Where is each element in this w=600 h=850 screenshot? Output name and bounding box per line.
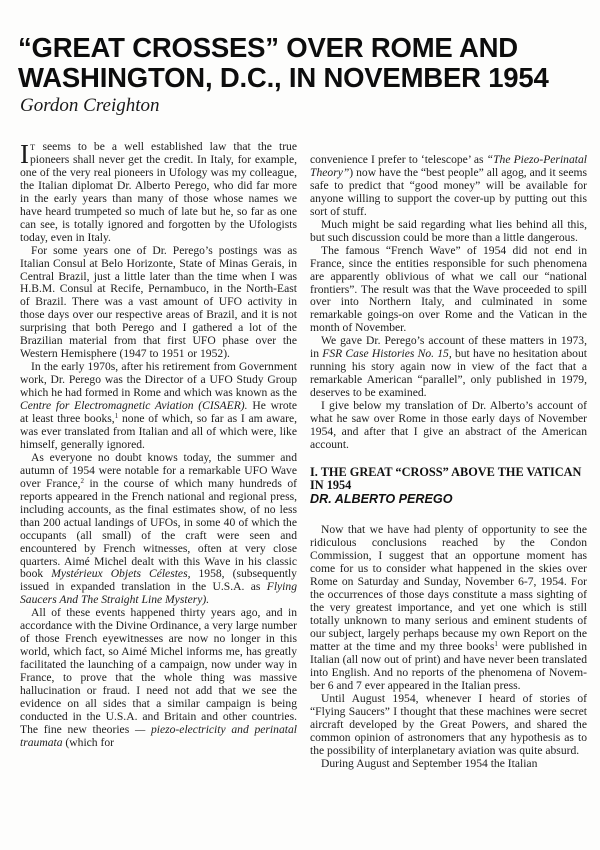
section-author: DR. ALBERTO PEREGO [310,493,587,507]
title-line-2: WASHINGTON, D.C., IN NOVEMBER 1954 [18,62,549,93]
italic-text: Mystérieux Objets Célestes, [51,567,190,580]
italic-text: Centre for Electromagnetic Aviation (CIS… [20,399,248,412]
article-title: “GREAT CROSSES” OVER ROME AND WASHINGTON… [18,33,593,93]
paragraph: For some years one of Dr. Perego’s posti… [20,245,297,362]
paragraph: During August and September 1954 the Ita… [310,758,587,771]
paragraph: Much might be said regarding what lies b… [310,219,587,245]
paragraph: We gave Dr. Perego’s account of these ma… [310,335,587,400]
paragraph: As everyone no doubt knows today, the su… [20,452,297,607]
right-column: convenience I prefer to ‘telescope’ as “… [310,154,587,771]
paragraph: IT seems to be a well established law th… [20,141,297,245]
paragraph: convenience I prefer to ‘telescope’ as “… [310,154,587,219]
paragraph: The famous “French Wave” of 1954 did not… [310,245,587,336]
paragraph-text: All of these events happened thirty year… [20,606,297,736]
paragraph-text: seems to be a well established law that … [20,140,297,244]
paragraph-text: Now that we have had plenty of opportuni… [310,523,587,653]
paragraph: All of these events happened thirty year… [20,607,297,749]
drop-cap: I [20,143,29,165]
left-column: IT seems to be a well established law th… [20,141,297,750]
paragraph-text: In the early 1970s, after his retirement… [20,360,297,399]
paragraph-text: ) now have the “best people” all agog, a… [310,166,587,218]
paragraph: In the early 1970s, after his retirement… [20,361,297,452]
paragraph-text: convenience I prefer to ‘telescope’ as [310,153,487,166]
document-page: “GREAT CROSSES” OVER ROME AND WASHINGTON… [0,0,600,850]
author-byline: Gordon Creighton [20,95,160,117]
paragraph: Now that we have had plenty of opportuni… [310,524,587,692]
paragraph: Until August 1954, whenever I heard of s… [310,693,587,758]
paragraph: I give below my translation of Dr. Alber… [310,400,587,452]
title-line-1: “GREAT CROSSES” OVER ROME AND [18,32,518,63]
italic-text: FSR Case Histories No. 15, [322,347,451,360]
paragraph-text: (which for [63,736,115,749]
section-title: I. THE GREAT “CROSS” ABOVE THE VATICAN I… [310,465,581,493]
section-heading: I. THE GREAT “CROSS” ABOVE THE VATICAN I… [310,466,587,507]
paragraph-text: in the course of which many hundreds of … [20,477,297,581]
